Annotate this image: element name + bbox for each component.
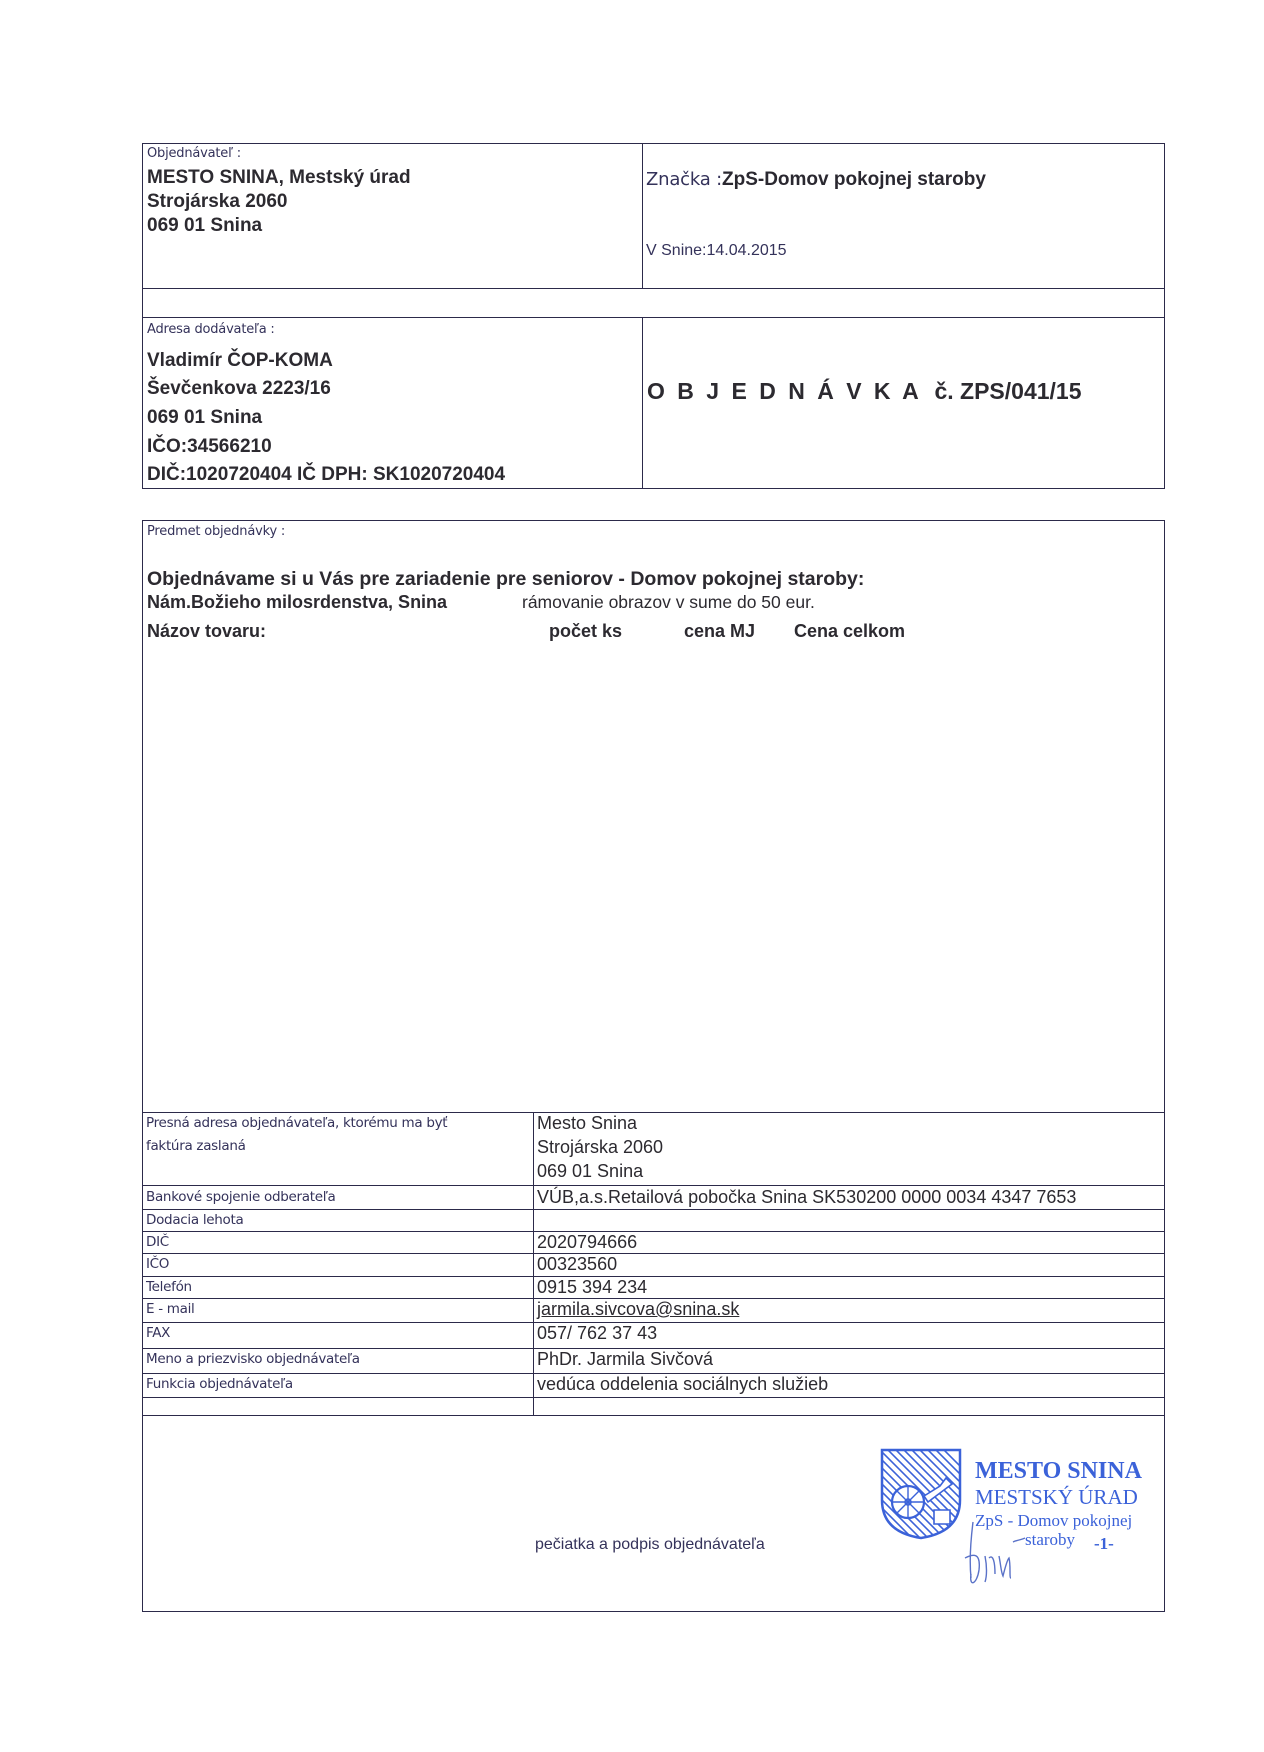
detail-row-value: 0915 394 234: [537, 1277, 647, 1298]
row-divider: [142, 1253, 1165, 1254]
orderer-label: Objednávateľ :: [147, 146, 241, 161]
detail-row-value: 057/ 762 37 43: [537, 1323, 657, 1344]
subject-line1: Objednávame si u Vás pre zariadenie pre …: [147, 568, 864, 591]
invoice-address-line: Strojárska 2060: [537, 1137, 663, 1158]
stamp-number: -1-: [1094, 1534, 1114, 1554]
row-divider: [142, 1209, 1165, 1210]
supplier-street: Ševčenkova 2223/16: [147, 378, 331, 400]
invoice-address-label: Presná adresa objednávateľa, ktorému ma …: [146, 1115, 447, 1131]
signature-icon: [955, 1518, 1035, 1598]
detail-row-value: 2020794666: [537, 1232, 637, 1253]
supplier-ico: IČO:34566210: [147, 436, 272, 458]
divider: [642, 143, 643, 289]
subject-location: Nám.Božieho milosrdenstva, Snina: [147, 592, 447, 613]
detail-row-label: Telefón: [146, 1279, 192, 1295]
reference-value: ZpS-Domov pokojnej staroby: [722, 169, 986, 190]
orderer-street: Strojárska 2060: [147, 191, 288, 213]
row-divider: [142, 1397, 1165, 1398]
detail-row-label: Dodacia lehota: [146, 1212, 243, 1228]
column-divider: [533, 1112, 534, 1416]
order-title: O B J E D N Á V K A č. ZPS/041/15: [647, 378, 1082, 405]
detail-row-label: FAX: [146, 1325, 170, 1341]
detail-row-value: VÚB,a.s.Retailová pobočka Snina SK530200…: [537, 1187, 1076, 1208]
supplier-city: 069 01 Snina: [147, 407, 262, 429]
subject-description: rámovanie obrazov v sume do 50 eur.: [522, 592, 815, 613]
detail-row-label: IČO: [146, 1256, 169, 1272]
detail-row-label: Meno a priezvisko objednávateľa: [146, 1351, 360, 1367]
stamp-line1: MESTO SNINA: [975, 1458, 1142, 1485]
reference-prefix: Značka :: [646, 169, 722, 190]
invoice-address-line: 069 01 Snina: [537, 1161, 643, 1182]
supplier-label: Adresa dodávateľa :: [147, 322, 275, 337]
divider: [642, 317, 643, 489]
invoice-address-label-2: faktúra zaslaná: [146, 1138, 246, 1154]
detail-row-value: vedúca oddelenia sociálnych služieb: [537, 1374, 828, 1395]
official-stamp: MESTO SNINA MESTSKÝ ÚRAD ZpS - Domov pok…: [880, 1448, 1180, 1608]
detail-row-label: Funkcia objednávateľa: [146, 1376, 293, 1392]
detail-row-value: PhDr. Jarmila Sivčová: [537, 1349, 713, 1370]
spacer-row: [142, 288, 1165, 318]
subject-label: Predmet objednávky :: [147, 524, 285, 539]
row-divider: [142, 1231, 1165, 1232]
detail-row-label: Bankové spojenie odberateľa: [146, 1189, 335, 1205]
orderer-city: 069 01 Snina: [147, 215, 262, 237]
reference-mark: Značka :ZpS-Domov pokojnej staroby: [646, 169, 986, 191]
row-divider: [142, 1185, 1165, 1186]
detail-row-label: DIČ: [146, 1234, 169, 1250]
column-goods-name: Názov tovaru:: [147, 621, 266, 642]
order-title-text: O B J E D N Á V K A: [647, 378, 922, 404]
email-link[interactable]: jarmila.sivcova@snina.sk: [537, 1299, 739, 1320]
supplier-dic: DIČ:1020720404 IČ DPH: SK1020720404: [147, 464, 505, 486]
column-quantity: počet ks: [549, 621, 622, 642]
place-date: V Snine:14.04.2015: [646, 242, 787, 260]
orderer-name: MESTO SNINA, Mestský úrad: [147, 167, 411, 189]
column-total-price: Cena celkom: [794, 621, 905, 642]
detail-row-label: E - mail: [146, 1301, 195, 1317]
stamp-line2: MESTSKÝ ÚRAD: [975, 1485, 1138, 1510]
row-divider: [142, 1276, 1165, 1277]
signature-caption: pečiatka a podpis objednávateľa: [535, 1536, 765, 1554]
header-block: [142, 143, 1165, 289]
coat-of-arms-icon: [880, 1448, 962, 1540]
invoice-address-line: Mesto Snina: [537, 1113, 637, 1134]
detail-row-value: 00323560: [537, 1254, 617, 1275]
order-number: č. ZPS/041/15: [934, 378, 1081, 404]
supplier-name: Vladimír ČOP-KOMA: [147, 350, 333, 372]
column-unit-price: cena MJ: [684, 621, 755, 642]
